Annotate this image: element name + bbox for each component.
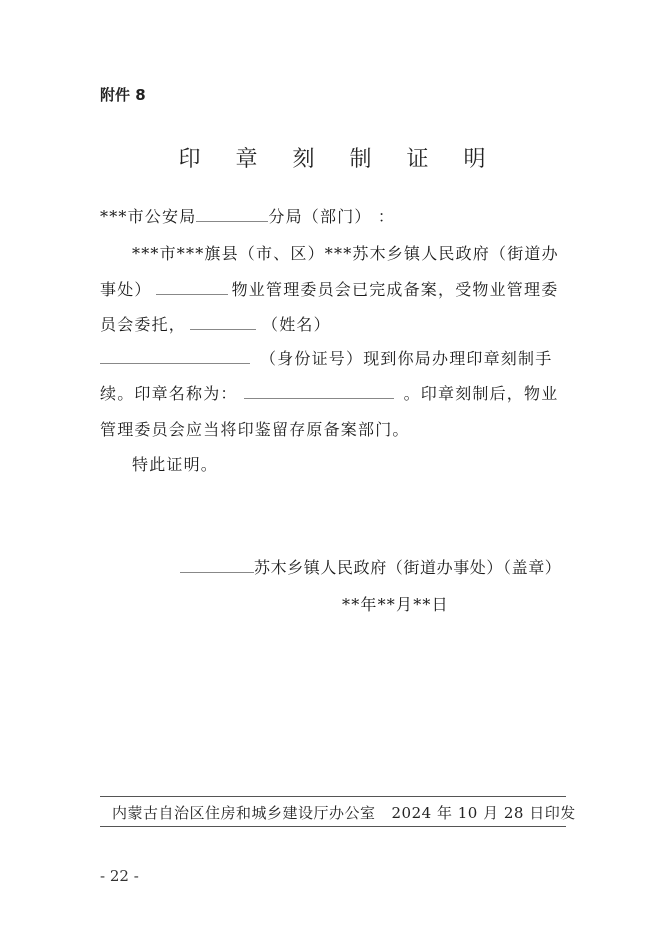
- para1-line3-suffix: （姓名）: [262, 315, 331, 334]
- name-blank[interactable]: [190, 315, 256, 330]
- para1-line5-suffix: 。印章刻制后，物业: [404, 384, 559, 403]
- para1-line6: 管理委员会应当将印鉴留存原备案部门。: [100, 419, 410, 441]
- para1-line5: 续。印章名称为：。印章刻制后，物业: [100, 383, 558, 405]
- branch-blank[interactable]: [196, 207, 268, 222]
- id-number-blank[interactable]: [100, 349, 250, 364]
- page-number: - 22 -: [100, 867, 139, 885]
- para1-line3-prefix: 员会委托，: [100, 315, 186, 334]
- signature-date: **年**月**日: [342, 594, 449, 616]
- footer-top-rule: [100, 796, 566, 797]
- para1-line4: （身份证号）现到你局办理印章刻制手: [100, 348, 552, 370]
- page-title: 印 章 刻 制 证 明: [0, 142, 664, 173]
- footer-issue-date: 2024 年 10 月 28 日印发: [392, 804, 576, 822]
- para1-line1: ***市***旗县（市、区）***苏木乡镇人民政府（街道办: [132, 243, 559, 265]
- para1-line2-prefix: 事处）: [100, 280, 152, 299]
- closing-text: 特此证明。: [132, 454, 218, 476]
- attachment-label: 附件 8: [100, 84, 146, 105]
- para1-line5-prefix: 续。印章名称为：: [100, 384, 238, 403]
- footer-imprint: 内蒙古自治区住房和城乡建设厅办公室2024 年 10 月 28 日印发: [112, 802, 576, 823]
- signature-line: 苏木乡镇人民政府（街道办事处）（盖章）: [180, 557, 561, 579]
- committee-name-blank[interactable]: [156, 280, 228, 295]
- para1-line2-suffix: 物业管理委员会已完成备案，受物业管理委: [232, 280, 559, 299]
- para1-line2: 事处）物业管理委员会已完成备案，受物业管理委: [100, 279, 558, 301]
- salutation-suffix: 分局（部门） ：: [268, 207, 395, 226]
- para1-line4-suffix: （身份证号）现到你局办理印章刻制手: [260, 349, 552, 368]
- township-blank[interactable]: [180, 558, 254, 573]
- footer-office: 内蒙古自治区住房和城乡建设厅办公室: [112, 804, 376, 822]
- seal-name-blank[interactable]: [244, 384, 394, 399]
- issuer-text: 苏木乡镇人民政府（街道办事处）（盖章）: [254, 558, 561, 577]
- footer-bottom-rule: [100, 826, 566, 827]
- salutation-line: ***市公安局分局（部门） ：: [100, 206, 395, 228]
- salutation-prefix: ***市公安局: [100, 207, 196, 226]
- para1-line3: 员会委托，（姓名）: [100, 314, 331, 336]
